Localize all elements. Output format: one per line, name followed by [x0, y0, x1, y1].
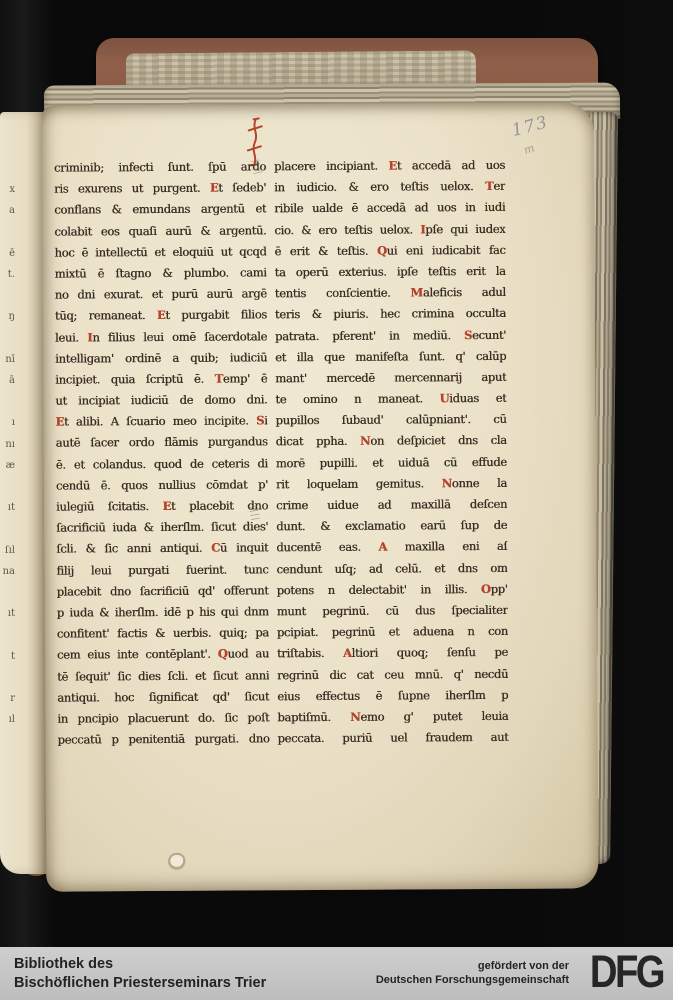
rubric-initial: N — [350, 710, 360, 724]
manuscript-line: regrinū dic cat ceu mnū. q' necdū — [277, 663, 508, 686]
edge-fragment: ā — [0, 370, 15, 391]
manuscript-line: filij leui purgati fuerint. tunc — [56, 559, 268, 581]
edge-fragment: t. — [0, 264, 15, 285]
page-number: 173 — [510, 112, 551, 141]
funding-credit: gefördert von der Deutschen Forschungsge… — [376, 960, 569, 986]
manuscript-line: mant' mercedē mercennarij aput — [275, 367, 506, 390]
edge-fragment: r — [0, 688, 15, 709]
manuscript-line: placebit dno ſacrificiū qd' offerunt — [57, 580, 269, 602]
edge-fragment: ı — [0, 412, 15, 433]
manuscript-line: hoc ē intellectū et eloquiū ut qcqd — [54, 241, 266, 263]
manuscript-scan-photo: xa ēt. ŋ nīā ınıæ ıt ſılna ıt t rıl 173 … — [0, 0, 673, 1000]
manuscript-line: munt pegrinū. cū dus ſpecialiter — [277, 600, 508, 623]
manuscript-line: mixtū ē ſtagno & plumbo. cami — [55, 262, 267, 284]
manuscript-line: cendū ē. quos nullius cōmdat p' — [56, 474, 268, 496]
facing-page-edge: xa ēt. ŋ nīā ınıæ ıt ſılna ıt t rıl — [0, 112, 48, 874]
edge-fragment — [0, 328, 15, 349]
manuscript-line: cem eius inte contēplant'. Quod au — [57, 644, 269, 666]
manuscript-line: potens n delectabit' in illis. Opp' — [277, 579, 508, 602]
parchment-hole — [168, 853, 185, 869]
manuscript-line: patrata. pferent' in mediū. Secunt' — [275, 324, 506, 347]
manuscript-line: baptiſmū. Nemo g' putet leuia — [277, 706, 508, 729]
manuscript-line: eius effectus ē ſupne iherſlm p — [277, 685, 508, 708]
rubric-initial: E — [210, 181, 219, 195]
edge-fragment — [0, 730, 15, 751]
manuscript-line: crime uidue ad maxillā deſcen — [276, 494, 507, 517]
edge-fragment: ıt — [0, 497, 15, 518]
rubric-initial: O — [481, 582, 491, 596]
funding-credit-line1: gefördert von der — [376, 960, 569, 973]
manuscript-line: dunt. & exclamatio earū ſup de — [276, 515, 507, 538]
manuscript-line: peccata. puriū uel fraudem aut — [277, 727, 508, 750]
manuscript-line: confitent' factis & uerbis. quiq; pa — [57, 622, 269, 644]
rubric-initial: M — [410, 285, 423, 299]
edge-fragment: æ — [0, 455, 15, 476]
manuscript-line: te omino n maneat. Uiduas et — [275, 388, 506, 411]
manuscript-line: ſacrificiū iuda & iherſlm. ſicut dies' — [56, 517, 268, 539]
manuscript-line: in pncipio placuerunt do. ſic poſt — [57, 707, 269, 729]
library-name-line1: Bibliothek des — [14, 955, 266, 974]
rubric-initial: E — [388, 159, 397, 173]
rubric-initial: S — [256, 414, 264, 428]
edge-fragment: t — [0, 646, 15, 667]
manuscript-line: conflans & emundans argentū et — [54, 199, 266, 221]
manuscript-line: autē ſacer ordo flāmis purgandus — [56, 432, 268, 454]
manuscript-line: et illa que manifeſta ſunt. q' calūp — [275, 346, 506, 369]
manuscript-line: ribile ualde ē accedā ad uos in iudi — [274, 197, 505, 220]
manuscript-line: cio. & ero teſtis uelox. Ipſe qui iudex — [274, 218, 505, 241]
edge-fragment — [0, 667, 15, 688]
manuscript-line: dicat ppha. Non deſpiciet dns cla — [276, 430, 507, 453]
funding-credit-line2: Deutschen Forschungsgemeinschaft — [376, 974, 569, 987]
library-name: Bibliothek des Bischöflichen Priestersem… — [14, 955, 266, 992]
rubric-initial: E — [162, 499, 171, 513]
manuscript-line: morē pupilli. et uiduā cū effude — [276, 451, 507, 474]
manuscript-line: iulegiū ſcitatis. Et placebit dno — [56, 495, 268, 517]
edge-fragment: ſıl — [0, 540, 15, 561]
manuscript-line: ē. et colandus. quod de ceteris di — [56, 453, 268, 475]
manuscript-line: ſcli. & ſic anni antiqui. Cū inquit — [56, 538, 268, 560]
rubric-initial: A — [343, 646, 352, 660]
manuscript-line: peccatū p penitentiā purgati. dno — [57, 728, 269, 750]
manuscript-line: leui. In filius leui omē ſacerdotale — [55, 326, 267, 348]
manuscript-line: intelligam' ordinē a quib; iudiciū — [55, 347, 267, 369]
edge-fragment — [0, 518, 15, 539]
manuscript-line: ta operū exterius. ipſe teſtis erit la — [275, 261, 506, 284]
manuscript-line: incipiet. quia ſcriptū ē. Temp' ē — [55, 368, 267, 390]
edge-fragment: na — [0, 561, 15, 582]
manuscript-line: pcipiat. pegrinū et aduena n con — [277, 621, 508, 644]
rubric-initial: N — [441, 476, 451, 490]
edge-fragment — [0, 391, 15, 412]
edge-fragment — [0, 158, 15, 179]
rubric-initial: C — [211, 541, 220, 555]
manuscript-line: pupillos ſubaud' calūpniant'. cū — [275, 409, 506, 432]
rubric-initial: T — [215, 371, 223, 385]
edge-fragment — [0, 285, 15, 306]
edge-fragment — [0, 624, 15, 645]
footer-bar: Bibliothek des Bischöflichen Priestersem… — [0, 947, 673, 1000]
facing-page-text-fragments: xa ēt. ŋ nīā ınıæ ıt ſılna ıt t rıl — [0, 158, 15, 752]
edge-fragment: nı — [0, 434, 15, 455]
edge-fragment: x — [0, 179, 15, 200]
manuscript-line: ē erit & teſtis. Qui eni iudicabit fac — [274, 240, 505, 263]
manuscript-line: tentis conſcientie. Maleficis adul — [275, 282, 506, 305]
library-name-line2: Bischöflichen Priesterseminars Trier — [14, 974, 266, 993]
manuscript-line: ris exurens ut purgent. Et ſedeb' — [54, 178, 266, 200]
edge-fragment: ē — [0, 243, 15, 264]
edge-fragment — [0, 222, 15, 243]
manuscript-line: criminib; infecti ſunt. ſpū ardo — [54, 156, 266, 178]
edge-fragment — [0, 582, 15, 603]
manuscript-line: antiqui. hoc ſignificat qd' ſicut — [57, 686, 269, 708]
manuscript-line: colabit eos quaſi aurū & argentū. — [54, 220, 266, 242]
manuscript-line: Et alibi. A ſcuario meo incipite. Si — [55, 411, 267, 433]
rubric-initial: A — [378, 540, 387, 554]
rubric-initial: U — [439, 391, 449, 405]
manuscript-line: tē ſequit' ſic dies ſcli. et ſicut anni — [57, 665, 269, 687]
manuscript-page-recto: 173 criminib; infecti ſunt. ſpū ardoris … — [42, 102, 599, 891]
rubric-initial: Q — [377, 243, 387, 257]
manuscript-line: p iuda & iherſlm. idē p his qui dnm — [57, 601, 269, 623]
edge-fragment — [0, 476, 15, 497]
pencil-squiggle-mark: m — [522, 141, 536, 157]
edge-fragment: nī — [0, 349, 15, 370]
manuscript-line: ut incipiat iudiciū de domo dni. — [55, 389, 267, 411]
rubric-initial: S — [464, 328, 472, 342]
manuscript-line: no dni exurat. et purū aurū argē — [55, 283, 267, 305]
manuscript-line: rit loquelam gemitus. Nonne la — [276, 473, 507, 496]
dfg-logo: DFG — [590, 949, 663, 998]
manuscript-line: placere incipiant. Et accedā ad uos — [274, 155, 505, 178]
rubric-initial: N — [360, 434, 370, 448]
manuscript-line: in iudicio. & ero teſtis uelox. Ter — [274, 176, 505, 199]
edge-fragment: a — [0, 200, 15, 221]
left-column: criminib; infecti ſunt. ſpū ardoris exur… — [54, 156, 270, 751]
edge-fragment: ıt — [0, 603, 15, 624]
manuscript-line: teris & piuris. hec crimina occulta — [275, 303, 506, 326]
edge-fragment: ŋ — [0, 306, 15, 327]
manuscript-line: ducentē eas. A maxilla eni aſ — [276, 536, 507, 559]
right-column: placere incipiant. Et accedā ad uosin iu… — [274, 155, 509, 750]
manuscript-line: tūq; remaneat. Et purgabit filios — [55, 305, 267, 327]
edge-fragment: ıl — [0, 709, 15, 730]
manuscript-line: cendunt uſq; ad celū. et dns om — [276, 557, 507, 580]
manuscript-line: triſtabis. Altiori quoq; ſenſu pe — [277, 642, 508, 665]
